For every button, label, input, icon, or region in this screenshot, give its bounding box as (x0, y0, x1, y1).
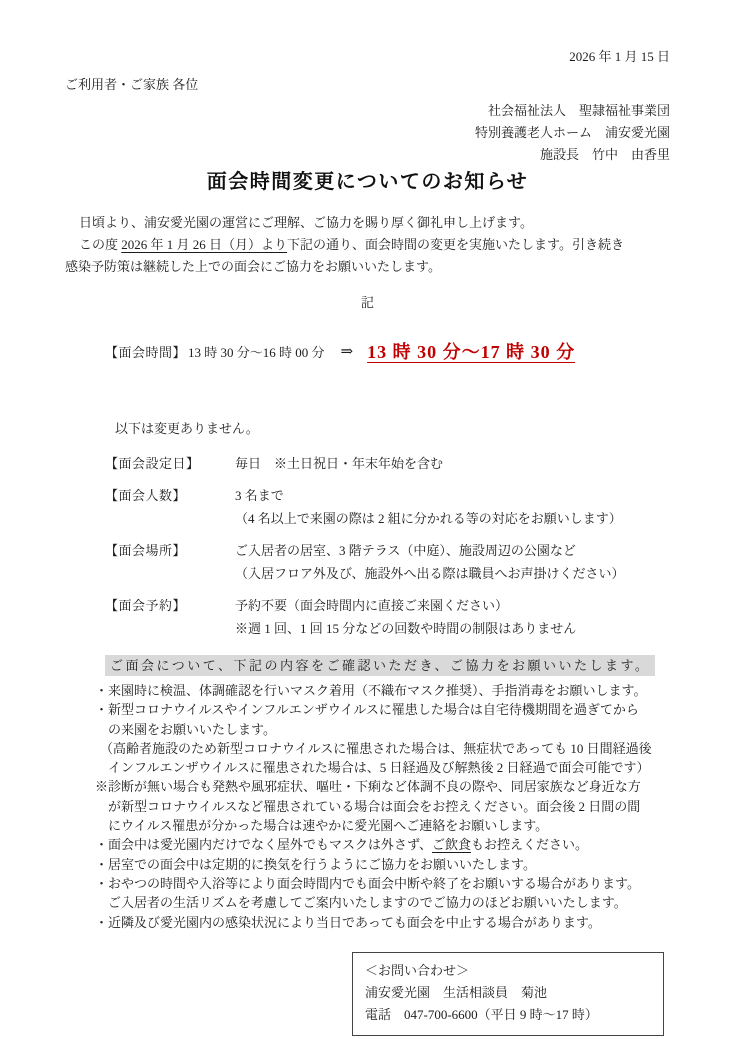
item-label: 【面会場所】 (105, 539, 235, 585)
sender-facility: 特別養護老人ホーム 浦安愛光園 (65, 122, 670, 144)
double-arrow-icon: ⇒ (341, 342, 354, 361)
note-line: ・面会中は愛光園内だけでなく屋外でもマスクは外さず、ご飲食もお控えください。 (65, 835, 670, 854)
intro-line-2-pre: この度 (79, 237, 121, 252)
item-content-line: ご入居者の居室、3 階テラス（中庭）、施設周辺の公園など (235, 539, 670, 562)
note-line: ※診断が無い場合も発熱や風邪症状、嘔吐・下痢など体調不良の際や、同居家族など身近… (65, 777, 670, 796)
item-row-visiting-days: 【面会設定日】 毎日 ※土日祝日・年末年始を含む (65, 452, 670, 475)
item-content-line: 毎日 ※土日祝日・年末年始を含む (235, 452, 670, 475)
document-date: 2026 年 1 月 15 日 (65, 48, 670, 66)
detail-items: 【面会設定日】 毎日 ※土日祝日・年末年始を含む 【面会人数】 3 名まで （4… (65, 452, 670, 640)
intro-paragraph: 日頃より、浦安愛光園の運営にご理解、ご協力を賜り厚く御礼申し上げます。 この度 … (65, 212, 670, 278)
note-line: ご入居者の生活リズムを考慮してご案内いたしますのでご協力のほどお願いいたします。 (65, 893, 670, 912)
document-title: 面会時間変更についてのお知らせ (65, 170, 670, 194)
item-content-line: （入居フロア外及び、施設外へ出る際は職員へお声掛けください） (235, 562, 670, 585)
note-line: の来園をお願いいたします。 (65, 720, 670, 739)
intro-line-1: 日頃より、浦安愛光園の運営にご理解、ご協力を賜り厚く御礼申し上げます。 (65, 212, 670, 234)
precautions-list: ・来園時に検温、体調確認を行いマスク着用（不織布マスク推奨）、手指消毒をお願いし… (65, 681, 670, 932)
highlight-banner: ご面会について、下記の内容をご確認いただき、ご協力をお願いいたします。 (105, 655, 655, 676)
addressee-line: ご利用者・ご家族 各位 (65, 76, 670, 94)
item-content-line: 予約不要（面会時間内に直接ご来園ください） (235, 594, 670, 617)
contact-person: 浦安愛光園 生活相談員 菊池 (365, 982, 651, 1004)
note-line: にウイルス罹患が分かった場合は速やかに愛光園へご連絡をお願いします。 (65, 816, 670, 835)
ki-marker: 記 (65, 294, 670, 312)
contact-phone: 電話 047-700-6600（平日 9 時～17 時） (365, 1004, 651, 1026)
item-label: 【面会設定日】 (105, 452, 235, 475)
visiting-hours-label: 【面会時間】 (105, 342, 186, 361)
item-content: ご入居者の居室、3 階テラス（中庭）、施設周辺の公園など （入居フロア外及び、施… (235, 539, 670, 585)
item-content-line: ※週 1 回、1 回 15 分などの回数や時間の制限はありません (235, 617, 670, 640)
item-content: 予約不要（面会時間内に直接ご来園ください） ※週 1 回、1 回 15 分などの… (235, 594, 670, 640)
new-visiting-hours: 13 時 30 分～17 時 30 分 (367, 338, 575, 364)
item-content: 毎日 ※土日祝日・年末年始を含む (235, 452, 670, 475)
note-line: ・近隣及び愛光園内の感染状況により当日であっても面会を中止する場合があります。 (65, 913, 670, 932)
intro-line-2-post: 下記の通り、面会時間の変更を実施いたします。引き続き (287, 237, 624, 252)
intro-line-3: 感染予防策は継続した上での面会にご協力をお願いいたします。 (65, 256, 670, 278)
note-line: ・来園時に検温、体調確認を行いマスク着用（不織布マスク推奨）、手指消毒をお願いし… (65, 681, 670, 700)
item-content-line: （4 名以上で来園の際は 2 組に分かれる等の対応をお願いします） (235, 507, 670, 530)
sender-block: 社会福祉法人 聖隷福祉事業団 特別養護老人ホーム 浦安愛光園 施設長 竹中 由香… (65, 100, 670, 166)
intro-line-2: この度 2026 年 1 月 26 日（月）より下記の通り、面会時間の変更を実施… (65, 234, 670, 256)
item-content: 3 名まで （4 名以上で来園の際は 2 組に分かれる等の対応をお願いします） (235, 484, 670, 530)
sender-organization: 社会福祉法人 聖隷福祉事業団 (65, 100, 670, 122)
no-eating-underlined: ご飲食 (432, 837, 471, 852)
item-label: 【面会人数】 (105, 484, 235, 530)
note-line: インフルエンザウイルスに罹患された場合は、5 日経過及び解熱後 2 日経過で面会… (65, 758, 670, 777)
old-visiting-hours: 13 時 30 分～16 時 00 分 (188, 342, 325, 361)
contact-title: ＜お問い合わせ＞ (365, 960, 651, 982)
note-line-post: もお控えください。 (471, 837, 588, 852)
visiting-hours-row: 【面会時間】 13 時 30 分～16 時 00 分 ⇒ 13 時 30 分～1… (105, 338, 670, 364)
note-line-pre: ・面会中は愛光園内だけでなく屋外でもマスクは外さず、 (95, 837, 432, 852)
contact-box: ＜お問い合わせ＞ 浦安愛光園 生活相談員 菊池 電話 047-700-6600（… (352, 952, 664, 1036)
sender-director: 施設長 竹中 由香里 (65, 144, 670, 166)
effective-date-underlined: 2026 年 1 月 26 日（月）より (121, 237, 287, 252)
notice-document: 2026 年 1 月 15 日 ご利用者・ご家族 各位 社会福祉法人 聖隷福祉事… (0, 0, 735, 1039)
unchanged-note: 以下は変更ありません。 (115, 420, 670, 438)
item-row-visitor-count: 【面会人数】 3 名まで （4 名以上で来園の際は 2 組に分かれる等の対応をお… (65, 484, 670, 530)
note-line: ・新型コロナウイルスやインフルエンザウイルスに罹患した場合は自宅待機期間を過ぎて… (65, 700, 670, 719)
item-label: 【面会予約】 (105, 594, 235, 640)
item-content-line: 3 名まで (235, 484, 670, 507)
note-line: ・おやつの時間や入浴等により面会時間内でも面会中断や終了をお願いする場合がありま… (65, 874, 670, 893)
item-row-visiting-place: 【面会場所】 ご入居者の居室、3 階テラス（中庭）、施設周辺の公園など （入居フ… (65, 539, 670, 585)
item-row-reservation: 【面会予約】 予約不要（面会時間内に直接ご来園ください） ※週 1 回、1 回 … (65, 594, 670, 640)
note-line: ・居室での面会中は定期的に換気を行うようにご協力をお願いいたします。 (65, 855, 670, 874)
note-line: が新型コロナウイルスなど罹患されている場合は面会をお控えください。面会後 2 日… (65, 797, 670, 816)
note-line: （高齢者施設のため新型コロナウイルスに罹患された場合は、無症状であっても 10 … (65, 739, 670, 758)
